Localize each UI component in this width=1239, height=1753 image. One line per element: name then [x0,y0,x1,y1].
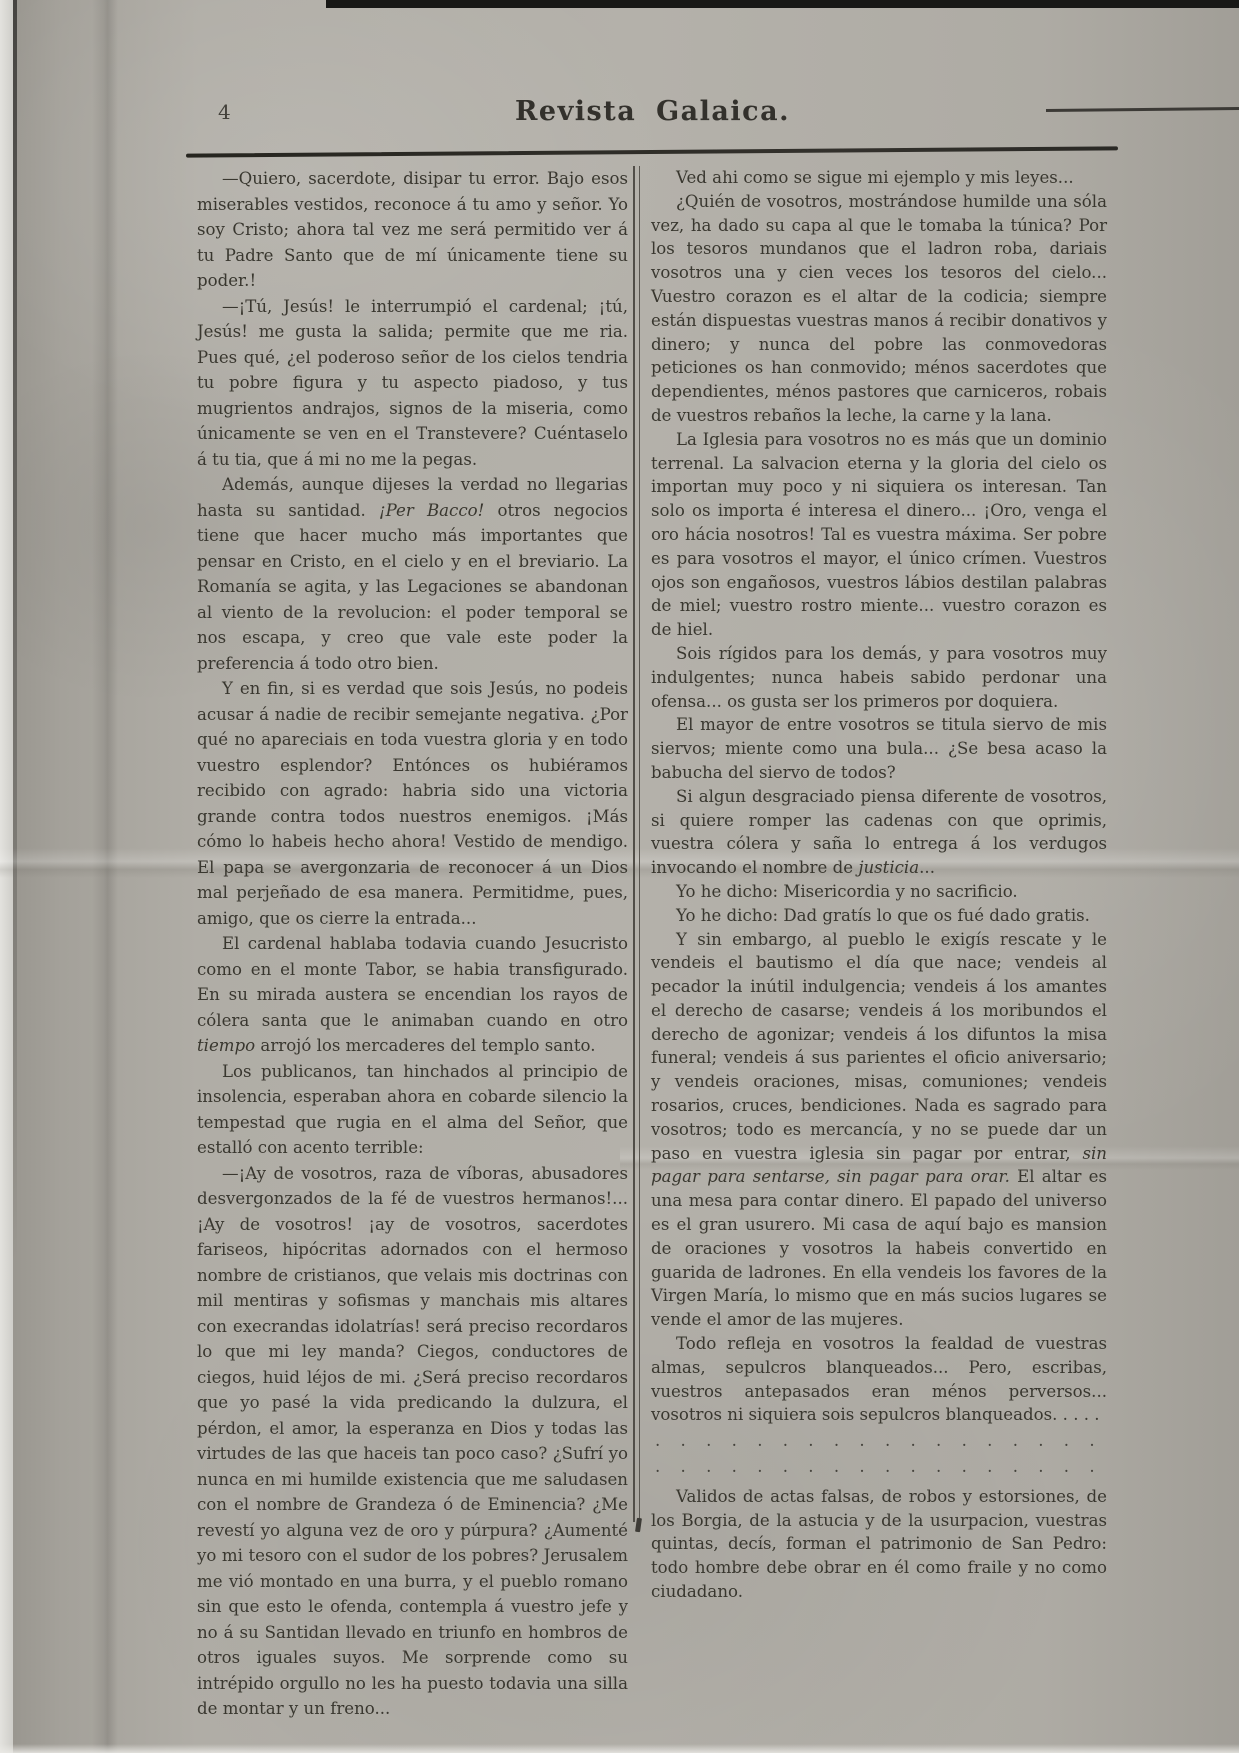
paragraph-text: ... [919,858,935,877]
ink-mark [635,1518,642,1533]
scan-edge-top [326,0,1239,8]
right-column: Ved ahi como se sigue mi ejemplo y mis l… [651,166,1107,1604]
paragraph: Y sin embargo, al pueblo le exigís resca… [651,928,1107,1333]
dots-separator: . . . . . . . . . . . . . . . . . . . [651,1455,1107,1479]
paragraph: —¡Ay de vosotros, raza de víboras, abusa… [197,1161,628,1722]
paragraph: Sois rígidos para los demás, y para voso… [651,642,1107,713]
paragraph: La Iglesia para vosotros no es más que u… [651,428,1107,642]
dots-separator: . . . . . . . . . . . . . . . . . . . [651,1429,1107,1453]
paragraph: Todo refleja en vosotros la fealdad de v… [651,1332,1107,1427]
paragraph-text: El altar es una mesa para contar dinero.… [651,1167,1107,1329]
paragraph-text: arrojó los mercaderes del templo santo. [255,1036,595,1055]
paragraph: Los publicanos, tan hinchados al princip… [197,1059,628,1161]
left-column: —Quiero, sacerdote, disipar tu error. Ba… [197,166,628,1722]
scanned-page: 4 Revista Galaica. —Quiero, sacerdote, d… [0,0,1239,1753]
paragraph: —Quiero, sacerdote, disipar tu error. Ba… [197,166,628,294]
paragraph: ¿Quién de vosotros, mostrándose humilde … [651,190,1107,428]
paragraph-text: otros negocios tiene que hacer mucho más… [197,501,628,673]
paragraph: Yo he dicho: Misericordia y no sacrifici… [651,880,1107,904]
page-title: Revista Galaica. [190,96,1115,127]
scan-edge-left-shadow [13,0,17,1262]
italic-phrase: ¡Per Bacco! [379,501,484,520]
column-divider [633,166,640,1522]
paragraph: Además, aunque dijeses la verdad no lleg… [197,472,628,676]
paragraph: El cardenal hablaba todavia cuando Jesuc… [197,931,628,1059]
paragraph: Y en fin, si es verdad que sois Jesús, n… [197,676,628,931]
paragraph-text: El cardenal hablaba todavia cuando Jesuc… [197,934,628,1030]
paragraph: Yo he dicho: Dad gratís lo que os fué da… [651,904,1107,928]
italic-phrase: justicia [858,858,919,877]
paragraph: El mayor de entre vosotros se titula sie… [651,713,1107,784]
header-rule [186,146,1118,157]
paragraph: Validos de actas falsas, de robos y esto… [651,1485,1107,1604]
scan-edge-bottom [0,1744,1239,1753]
paragraph: —¡Tú, Jesús! le interrumpió el cardenal;… [197,294,628,473]
paragraph-text: Y sin embargo, al pueblo le exigís resca… [651,930,1107,1163]
italic-phrase: tiempo [197,1036,255,1055]
paragraph: Ved ahi como se sigue mi ejemplo y mis l… [651,166,1107,190]
paragraph: Si algun desgraciado piensa diferente de… [651,785,1107,880]
